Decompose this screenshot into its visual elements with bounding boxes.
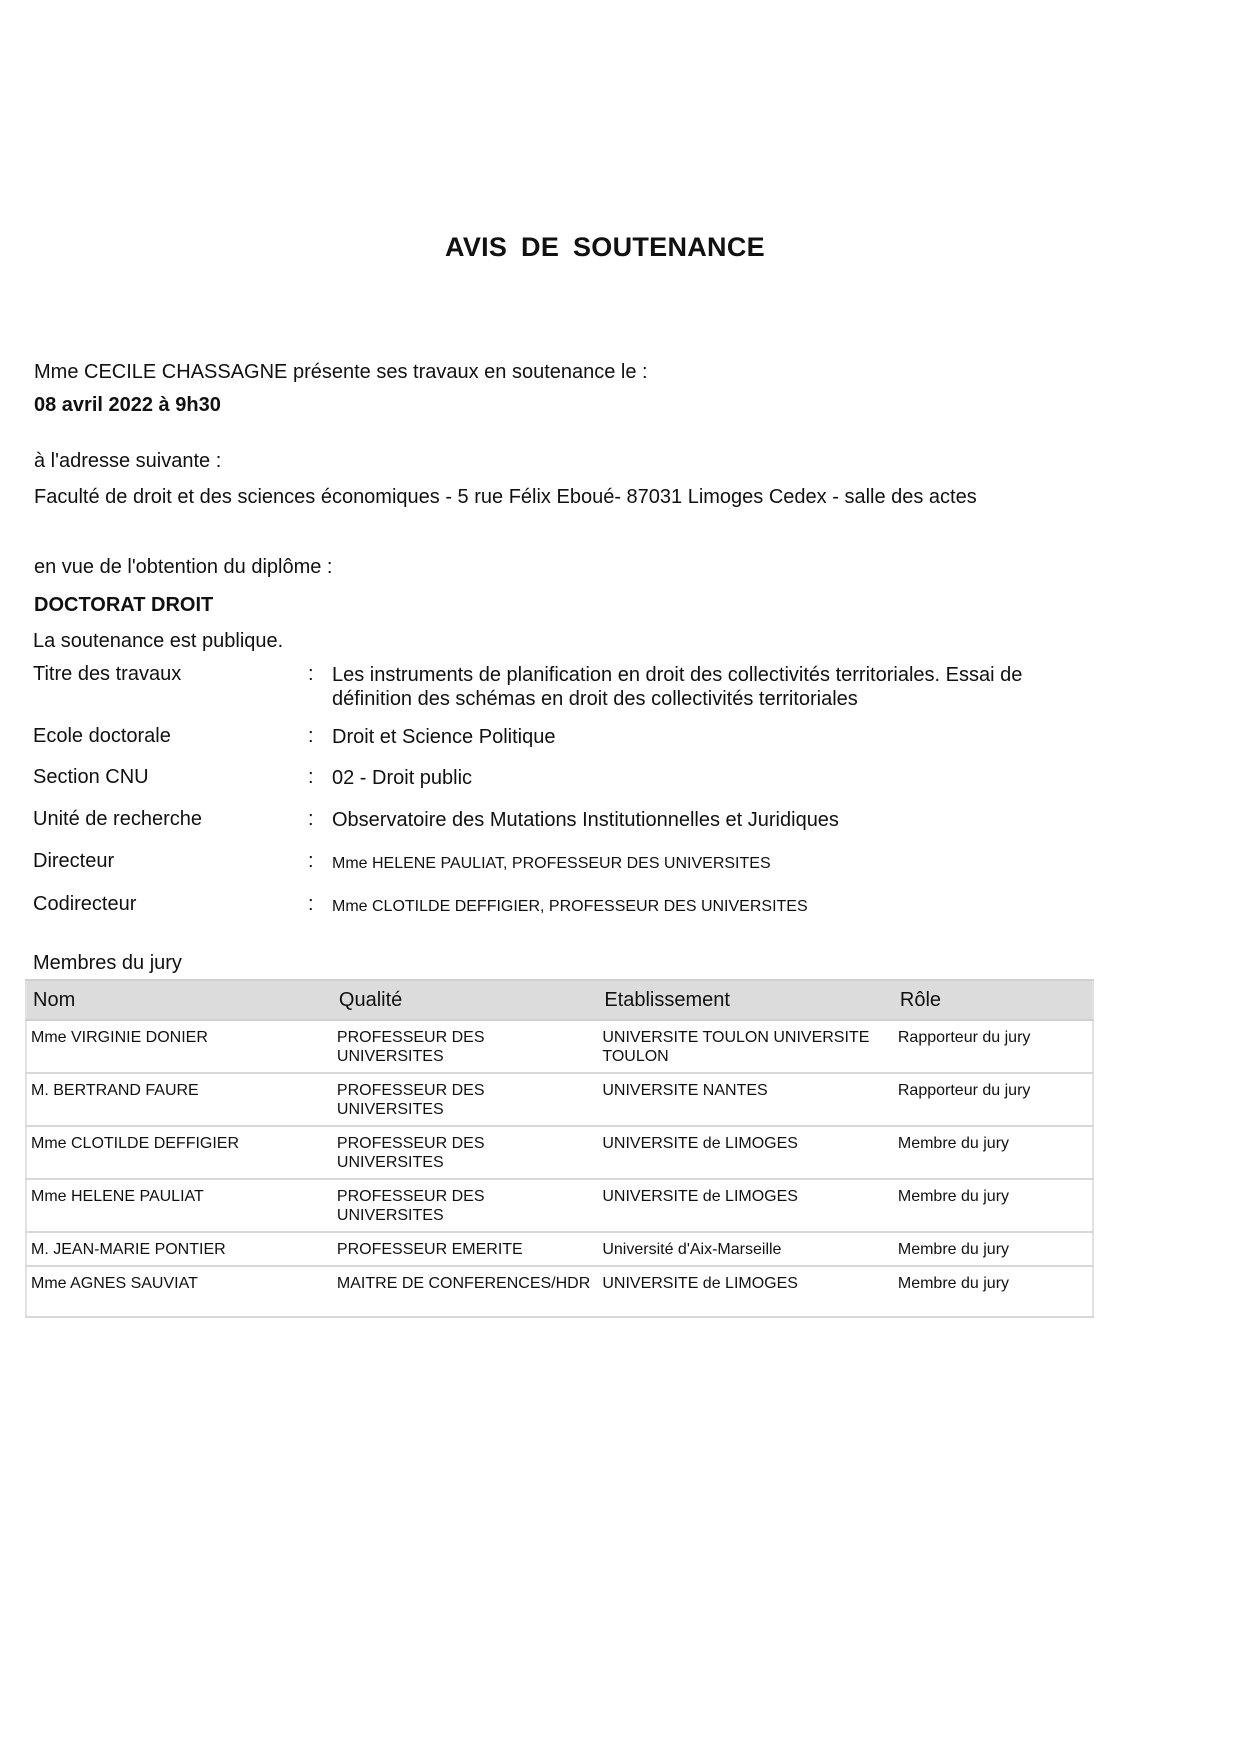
cell-nom: Mme AGNES SAUVIAT: [26, 1266, 333, 1317]
column-header-nom: Nom: [26, 980, 333, 1020]
cell-role: Membre du jury: [894, 1126, 1093, 1179]
field-value: Droit et Science Politique: [332, 725, 1092, 749]
jury-label: Membres du jury: [33, 952, 182, 975]
cell-role: Rapporteur du jury: [894, 1073, 1093, 1126]
cell-role: Membre du jury: [894, 1232, 1093, 1266]
table-row: M. BERTRAND FAURE PROFESSEUR DES UNIVERS…: [26, 1073, 1093, 1126]
address: Faculté de droit et des sciences économi…: [34, 486, 977, 509]
column-header-qualite: Qualité: [333, 980, 598, 1020]
diploma: DOCTORAT DROIT: [34, 594, 213, 617]
field-value: Observatoire des Mutations Institutionne…: [332, 808, 1092, 832]
table-row: M. JEAN-MARIE PONTIER PROFESSEUR EMERITE…: [26, 1232, 1093, 1266]
cell-role: Membre du jury: [894, 1179, 1093, 1232]
public-note: La soutenance est publique.: [33, 630, 283, 653]
cell-etablissement: UNIVERSITE de LIMOGES: [598, 1179, 894, 1232]
cell-etablissement: UNIVERSITE NANTES: [598, 1073, 894, 1126]
cell-nom: Mme HELENE PAULIAT: [26, 1179, 333, 1232]
field-label: Ecole doctorale: [33, 725, 171, 748]
cell-nom: M. JEAN-MARIE PONTIER: [26, 1232, 333, 1266]
field-separator: :: [308, 808, 314, 831]
defense-date: 08 avril 2022 à 9h30: [34, 394, 221, 417]
cell-qualite: PROFESSEUR DES UNIVERSITES: [333, 1126, 598, 1179]
cell-role: Membre du jury: [894, 1266, 1093, 1317]
field-value: Mme HELENE PAULIAT, PROFESSEUR DES UNIVE…: [332, 852, 1092, 876]
table-row: Mme AGNES SAUVIAT MAITRE DE CONFERENCES/…: [26, 1266, 1093, 1317]
column-header-role: Rôle: [894, 980, 1093, 1020]
cell-etablissement: UNIVERSITE de LIMOGES: [598, 1266, 894, 1317]
field-separator: :: [308, 766, 314, 789]
table-row: Mme VIRGINIE DONIER PROFESSEUR DES UNIVE…: [26, 1020, 1093, 1073]
field-separator: :: [308, 663, 314, 686]
cell-qualite: PROFESSEUR DES UNIVERSITES: [333, 1020, 598, 1073]
column-header-etablissement: Etablissement: [598, 980, 894, 1020]
field-value: Les instruments de planification en droi…: [332, 663, 1092, 711]
cell-etablissement: UNIVERSITE TOULON UNIVERSITE TOULON: [598, 1020, 894, 1073]
document-title: AVIS DE SOUTENANCE: [0, 232, 1210, 263]
jury-table-header: Nom Qualité Etablissement Rôle: [26, 980, 1093, 1020]
jury-table: Nom Qualité Etablissement Rôle Mme VIRGI…: [25, 979, 1094, 1318]
presentation-line: Mme CECILE CHASSAGNE présente ses travau…: [34, 361, 648, 384]
cell-qualite: PROFESSEUR EMERITE: [333, 1232, 598, 1266]
field-label: Codirecteur: [33, 893, 136, 916]
cell-nom: Mme VIRGINIE DONIER: [26, 1020, 333, 1073]
cell-qualite: MAITRE DE CONFERENCES/HDR: [333, 1266, 598, 1317]
cell-qualite: PROFESSEUR DES UNIVERSITES: [333, 1179, 598, 1232]
field-separator: :: [308, 893, 314, 916]
field-value: Mme CLOTILDE DEFFIGIER, PROFESSEUR DES U…: [332, 895, 1092, 919]
field-label: Directeur: [33, 850, 114, 873]
cell-nom: Mme CLOTILDE DEFFIGIER: [26, 1126, 333, 1179]
cell-etablissement: Université d'Aix-Marseille: [598, 1232, 894, 1266]
cell-nom: M. BERTRAND FAURE: [26, 1073, 333, 1126]
cell-qualite: PROFESSEUR DES UNIVERSITES: [333, 1073, 598, 1126]
cell-etablissement: UNIVERSITE de LIMOGES: [598, 1126, 894, 1179]
address-label: à l'adresse suivante :: [34, 450, 221, 473]
table-row: Mme CLOTILDE DEFFIGIER PROFESSEUR DES UN…: [26, 1126, 1093, 1179]
field-label: Titre des travaux: [33, 663, 181, 686]
cell-role: Rapporteur du jury: [894, 1020, 1093, 1073]
field-separator: :: [308, 725, 314, 748]
field-label: Section CNU: [33, 766, 149, 789]
table-row: Mme HELENE PAULIAT PROFESSEUR DES UNIVER…: [26, 1179, 1093, 1232]
field-separator: :: [308, 850, 314, 873]
diploma-label: en vue de l'obtention du diplôme :: [34, 556, 332, 579]
field-label: Unité de recherche: [33, 808, 202, 831]
field-value: 02 - Droit public: [332, 766, 1092, 790]
